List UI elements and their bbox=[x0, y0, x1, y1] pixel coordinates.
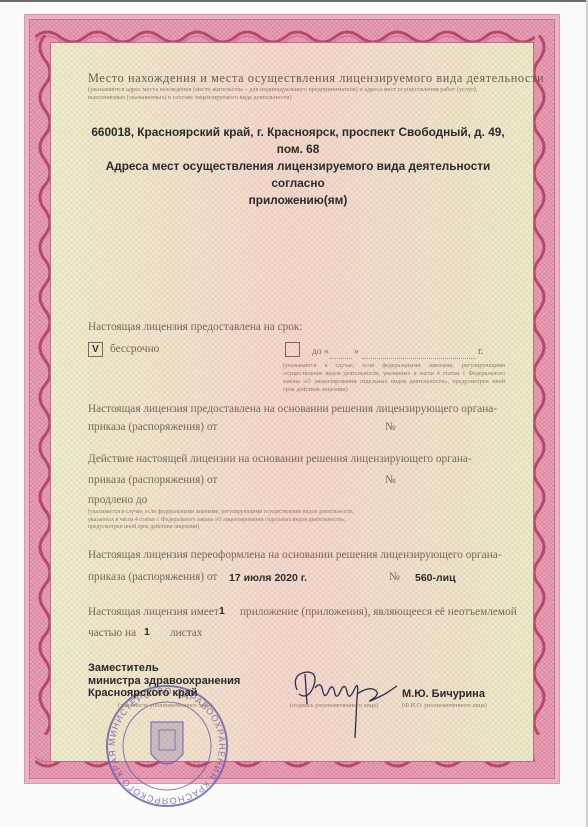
section-title: Место нахождения и места осуществления л… bbox=[88, 71, 508, 86]
until-label: до « bbox=[312, 347, 329, 357]
position-caption: (должность уполномоченного лица) bbox=[118, 702, 213, 709]
until-month-field[interactable] bbox=[362, 358, 476, 359]
granted-number-label: № bbox=[385, 421, 396, 433]
until-date-checkbox[interactable] bbox=[285, 342, 300, 357]
reissued-line-2: приказа (распоряжения) от bbox=[88, 571, 217, 583]
granted-line-1: Настоящая лицензия предоставлена на осно… bbox=[88, 403, 497, 415]
indefinite-checkbox[interactable]: V bbox=[88, 342, 103, 357]
legal-address: 660018, Красноярский край, г. Красноярск… bbox=[88, 124, 508, 158]
until-day-field[interactable] bbox=[330, 358, 352, 359]
reissued-date: 17 июля 2020 г. bbox=[229, 572, 307, 584]
activity-places-line-2: приложению(ям) bbox=[88, 192, 508, 209]
extended-line-1: Действие настоящей лицензии на основании… bbox=[88, 453, 472, 465]
appendix-text-4: листах bbox=[170, 627, 202, 639]
position-line-1: Заместитель bbox=[88, 662, 268, 675]
term-label: Настоящая лицензия предоставлена на срок… bbox=[88, 321, 303, 333]
handwritten-signature bbox=[285, 660, 405, 740]
reissued-number-label: № bbox=[389, 571, 400, 583]
extended-line-2: приказа (распоряжения) от bbox=[88, 474, 217, 486]
appendix-text-2: приложение (приложения), являющееся её н… bbox=[240, 606, 517, 618]
until-note: (указывается в случае, если федеральными… bbox=[283, 362, 505, 394]
appendix-sheets: 1 bbox=[144, 626, 150, 638]
appendix-count: 1 bbox=[219, 605, 225, 617]
signature-caption: (подпись уполномоченного лица) bbox=[290, 702, 378, 709]
activity-places: Адреса мест осуществления лицензируемого… bbox=[88, 158, 508, 209]
year-suffix: г. bbox=[478, 346, 483, 357]
extended-number-label: № bbox=[385, 474, 396, 486]
position-line-3: Красноярского край bbox=[88, 687, 268, 700]
extended-line-3: продлено до bbox=[88, 494, 147, 506]
signatory-name: М.Ю. Бичурина bbox=[402, 688, 485, 700]
address-line-2: пом. 68 bbox=[88, 141, 508, 158]
indefinite-label: бессрочно bbox=[110, 343, 159, 355]
signatory-position: Заместитель министра здравоохранения Кра… bbox=[88, 662, 268, 700]
reissued-number: 560-лиц bbox=[415, 572, 456, 584]
until-close-quote: » bbox=[354, 347, 359, 357]
appendix-text-3: частью на bbox=[88, 627, 136, 639]
activity-places-line-1: Адреса мест осуществления лицензируемого… bbox=[88, 158, 508, 192]
extended-note: (указывается в случае, если федеральными… bbox=[88, 509, 358, 532]
appendix-text-1: Настоящая лицензия имеет bbox=[88, 606, 219, 618]
granted-line-2: приказа (распоряжения) от bbox=[88, 421, 217, 433]
name-caption: (Ф.И.О. уполномоченного лица) bbox=[402, 702, 487, 709]
reissued-line-1: Настоящая лицензия переоформлена на осно… bbox=[88, 549, 502, 561]
license-document: Место нахождения и места осуществления л… bbox=[0, 0, 588, 827]
section-title-note: (указываются адрес места нахождения (мес… bbox=[88, 86, 508, 102]
position-line-2: министра здравоохранения bbox=[88, 675, 268, 688]
address-line-1: 660018, Красноярский край, г. Красноярск… bbox=[88, 124, 508, 141]
